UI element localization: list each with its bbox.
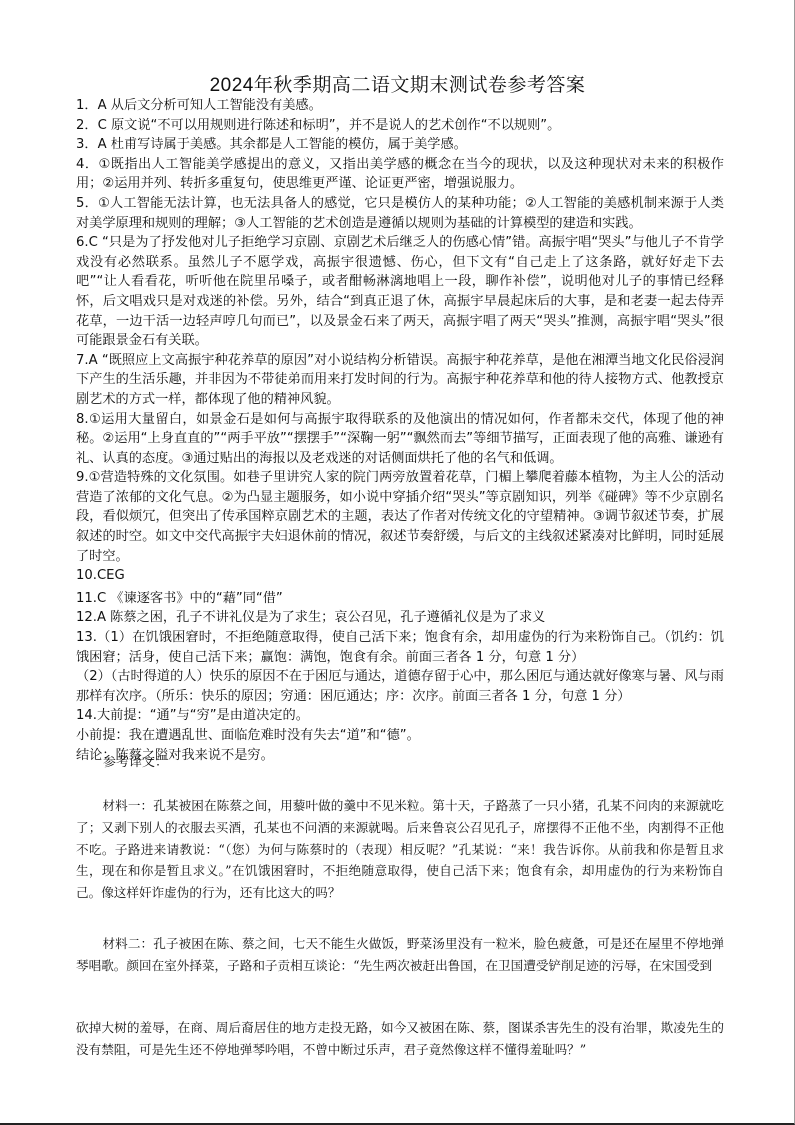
material-2-text-part-2: 砍掉大树的羞辱，在商、周后裔居住的地方走投无路，如今又被困在陈、蔡，图谋杀害先生… — [76, 1017, 724, 1061]
answer-13-part-1: 13.（1）在饥饿困窘时，不拒绝随意取得，使自己活下来；饱食有余，却用虚伪的行为… — [76, 628, 724, 667]
answer-6: 6.C “只是为了抒发他对儿子拒绝学习京剧、京剧艺术后继乏人的伤感心情”错。高振… — [76, 233, 724, 351]
answer-2: 2．C 原文说“不可以用规则进行陈述和标明”，并不是说人的艺术创作“不以规则”。 — [76, 116, 724, 136]
answer-9: 9.①营造特殊的文化氛围。如巷子里讲究人家的院门两旁放置着花草，门楣上攀爬着藤本… — [76, 468, 724, 566]
answer-8: 8.①运用大量留白，如景金石是如何与高振宇取得联系的及他演出的情况如何，作者都未… — [76, 410, 724, 469]
answer-3: 3．A 杜甫写诗属于美感。其余都是人工智能的模仿，属于美学感。 — [76, 135, 724, 155]
answer-11: 11.C 《谏逐客书》中的“藉”同“借” — [76, 589, 724, 609]
translation-material-2: 材料二：孔子被困在陈、蔡之间，七天不能生火做饭，野菜汤里没有一粒米，脸色疲惫，可… — [76, 933, 724, 977]
answer-14-minor-premise: 小前提：我在遭遇乱世、面临危难时没有失去“道”和“德”。 — [76, 726, 724, 746]
document-title: 2024年秋季期高二语文期末测试卷参考答案 — [0, 70, 795, 97]
document-page: 2024年秋季期高二语文期末测试卷参考答案 1．A 从后文分析可知人工智能没有美… — [0, 0, 795, 1125]
material-1-text: 材料一：孔某被困在陈蔡之间，用藜叶做的羹中不见米粒。第十天，子路蒸了一只小猪，孔… — [76, 795, 724, 904]
answer-14-conclusion: 结论：陈蔡之隘对我来说不是穷。 — [76, 746, 724, 766]
answer-5: 5．①人工智能无法计算，也无法具备人的感觉，它只是模仿人的某种功能；②人工智能的… — [76, 194, 724, 233]
translation-material-1: 材料一：孔某被困在陈蔡之间，用藜叶做的羹中不见米粒。第十天，子路蒸了一只小猪，孔… — [76, 795, 724, 904]
answer-13-part-2: （2）（古时得道的人）快乐的原因不在于困厄与通达，道德存留于心中，那么困厄与通达… — [76, 667, 724, 706]
answer-10: 10.CEG — [76, 566, 724, 586]
answer-14-major-premise: 14.大前提：“通”与“穷”是由道决定的。 — [76, 706, 724, 726]
answer-4: 4．①既指出人工智能美学感提出的意义，又指出美学感的概念在当今的现状，以及这种现… — [76, 155, 724, 194]
answer-12: 12.A 陈蔡之困，孔子不讲礼仪是为了求生；哀公召见，孔子遵循礼仪是为了求义 — [76, 608, 724, 628]
answer-7: 7.A “既照应上文高振宇种花养草的原因”对小说结构分析错误。高振宇种花养草，是… — [76, 351, 724, 410]
translation-material-2-continued: 砍掉大树的羞辱，在商、周后裔居住的地方走投无路，如今又被困在陈、蔡，图谋杀害先生… — [76, 1017, 724, 1061]
material-2-text-part-1: 材料二：孔子被困在陈、蔡之间，七天不能生火做饭，野菜汤里没有一粒米，脸色疲惫，可… — [76, 933, 724, 977]
reference-translation-label: 参考译文： — [103, 751, 168, 770]
answer-1: 1．A 从后文分析可知人工智能没有美感。 — [76, 96, 724, 116]
answer-list: 1．A 从后文分析可知人工智能没有美感。 2．C 原文说“不可以用规则进行陈述和… — [76, 96, 724, 765]
